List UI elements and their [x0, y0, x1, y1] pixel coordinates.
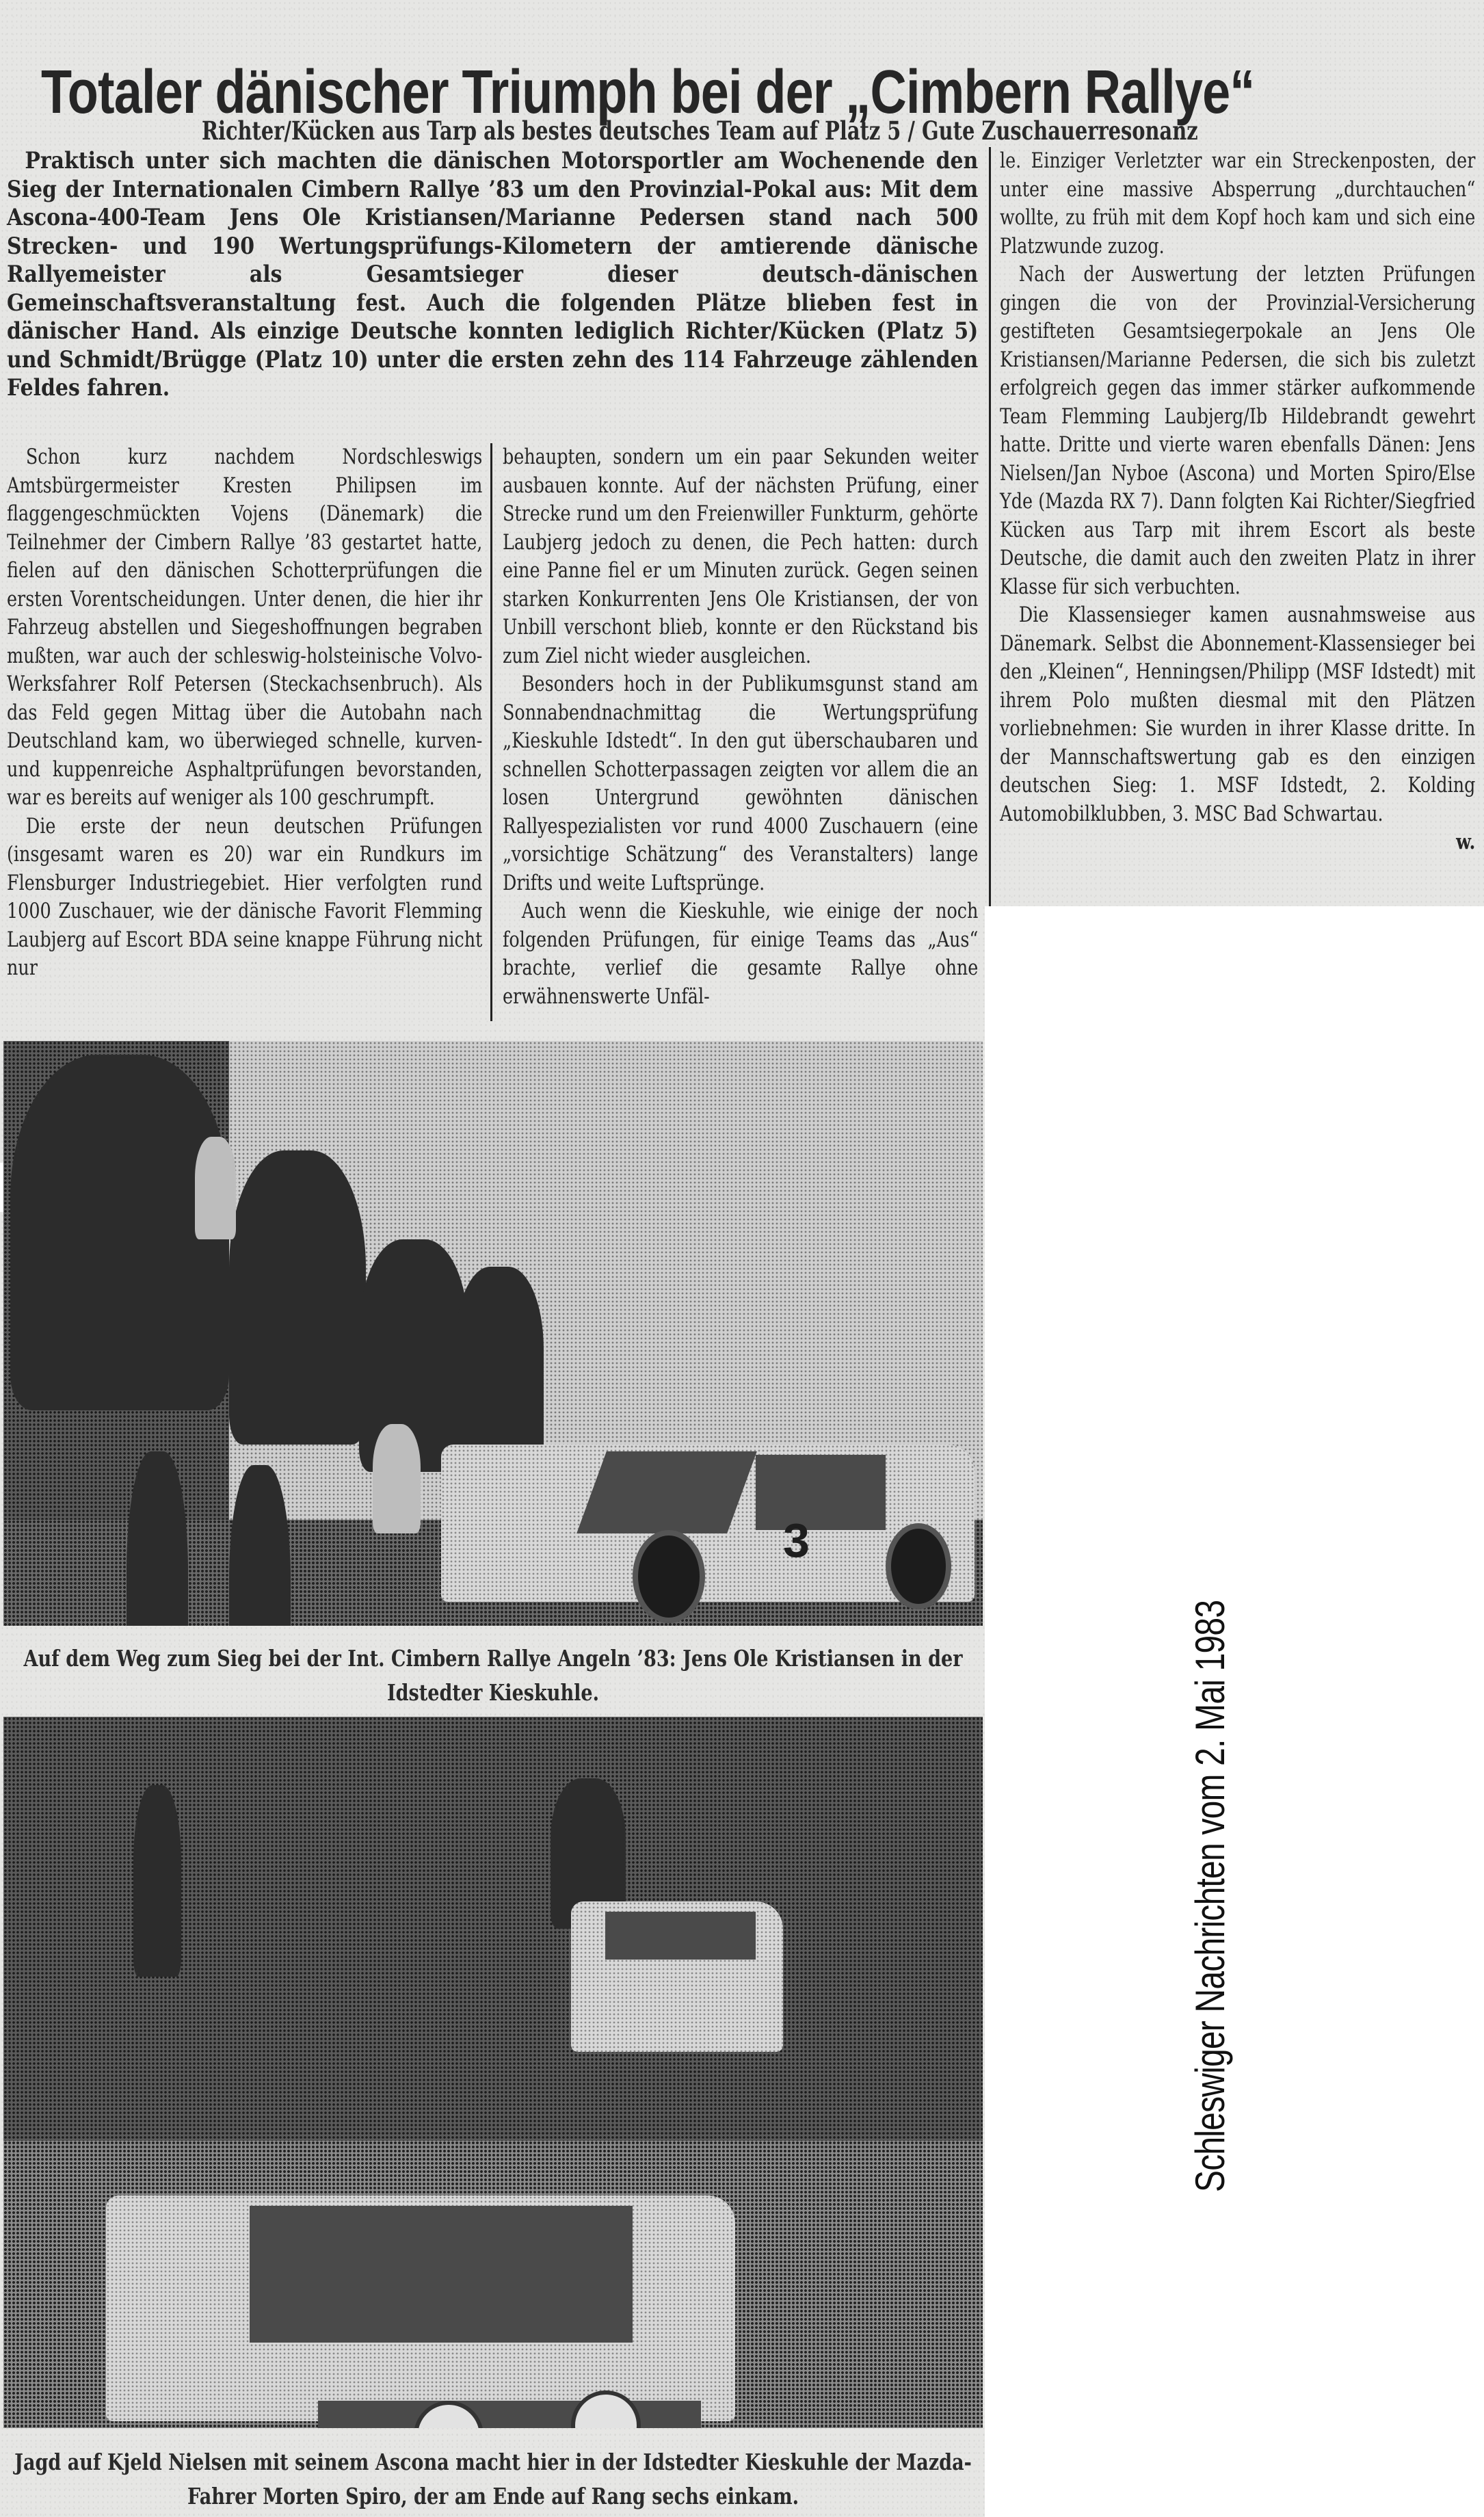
paragraph: le. Einziger Verletzter war ein Strecken… — [1000, 147, 1475, 261]
car-windshield — [605, 1912, 756, 1960]
car-windshield — [250, 2206, 633, 2343]
lead-paragraph: Praktisch unter sich machten die dänisch… — [7, 147, 978, 403]
article-column-1: Schon kurz nachdem Nordschleswigs Amtsbü… — [7, 443, 482, 983]
column-rule — [989, 147, 991, 906]
source-label: Schleswiger Nachrichten vom 2. Mai 1983 — [1187, 1452, 1234, 2192]
paragraph: Besonders hoch in der Publikumsgunst sta… — [503, 670, 978, 897]
article-column-3: le. Einziger Verletzter war ein Strecken… — [1000, 147, 1475, 857]
spectator — [195, 1137, 236, 1239]
car-wheel — [886, 1523, 951, 1609]
car-side-window — [756, 1455, 886, 1530]
photo-rally-cars-gravel-pit — [3, 1717, 983, 2428]
article-column-2: behaupten, sondern um ein paar Sekunden … — [503, 443, 978, 1011]
source-label-text: Schleswiger Nachrichten vom 2. Mai 1983 — [1187, 1600, 1234, 2192]
caption-text: Jagd auf Kjeld Nielsen mit seinem Ascona… — [5, 2445, 981, 2514]
car-grille — [318, 2401, 701, 2428]
subheadline: Richter/Kücken aus Tarp als bestes deuts… — [202, 110, 1162, 151]
paragraph: Schon kurz nachdem Nordschleswigs Amtsbü… — [7, 443, 482, 813]
crowd — [229, 1150, 366, 1445]
paragraph: Auch wenn die Kieskuhle, wie einige der … — [503, 897, 978, 1011]
photo-caption-1: Auf dem Weg zum Sieg bei der Int. Cimber… — [3, 1642, 983, 1710]
spectator — [373, 1424, 421, 1533]
column-rule — [490, 443, 492, 1021]
photo-rally-car-crowd: 3 — [3, 1041, 983, 1626]
paragraph: Die Klassensieger kamen ausnahmsweise au… — [1000, 601, 1475, 828]
car-wheel — [633, 1530, 705, 1623]
author-signature: w. — [1456, 828, 1475, 857]
caption-text: Auf dem Weg zum Sieg bei der Int. Cimber… — [5, 1642, 981, 1710]
spectator — [133, 1785, 181, 1977]
spectator — [127, 1451, 188, 1626]
photo-caption-2: Jagd auf Kjeld Nielsen mit seinem Ascona… — [3, 2445, 983, 2514]
crowd — [455, 1267, 544, 1472]
paragraph: behaupten, sondern um ein paar Sekunden … — [503, 443, 978, 670]
car-windshield — [577, 1451, 757, 1533]
paragraph: Nach der Auswertung der letzten Prüfunge… — [1000, 261, 1475, 601]
car-start-number: 3 — [783, 1513, 810, 1568]
paragraph: Die erste der neun deutschen Prüfungen (… — [7, 813, 482, 983]
